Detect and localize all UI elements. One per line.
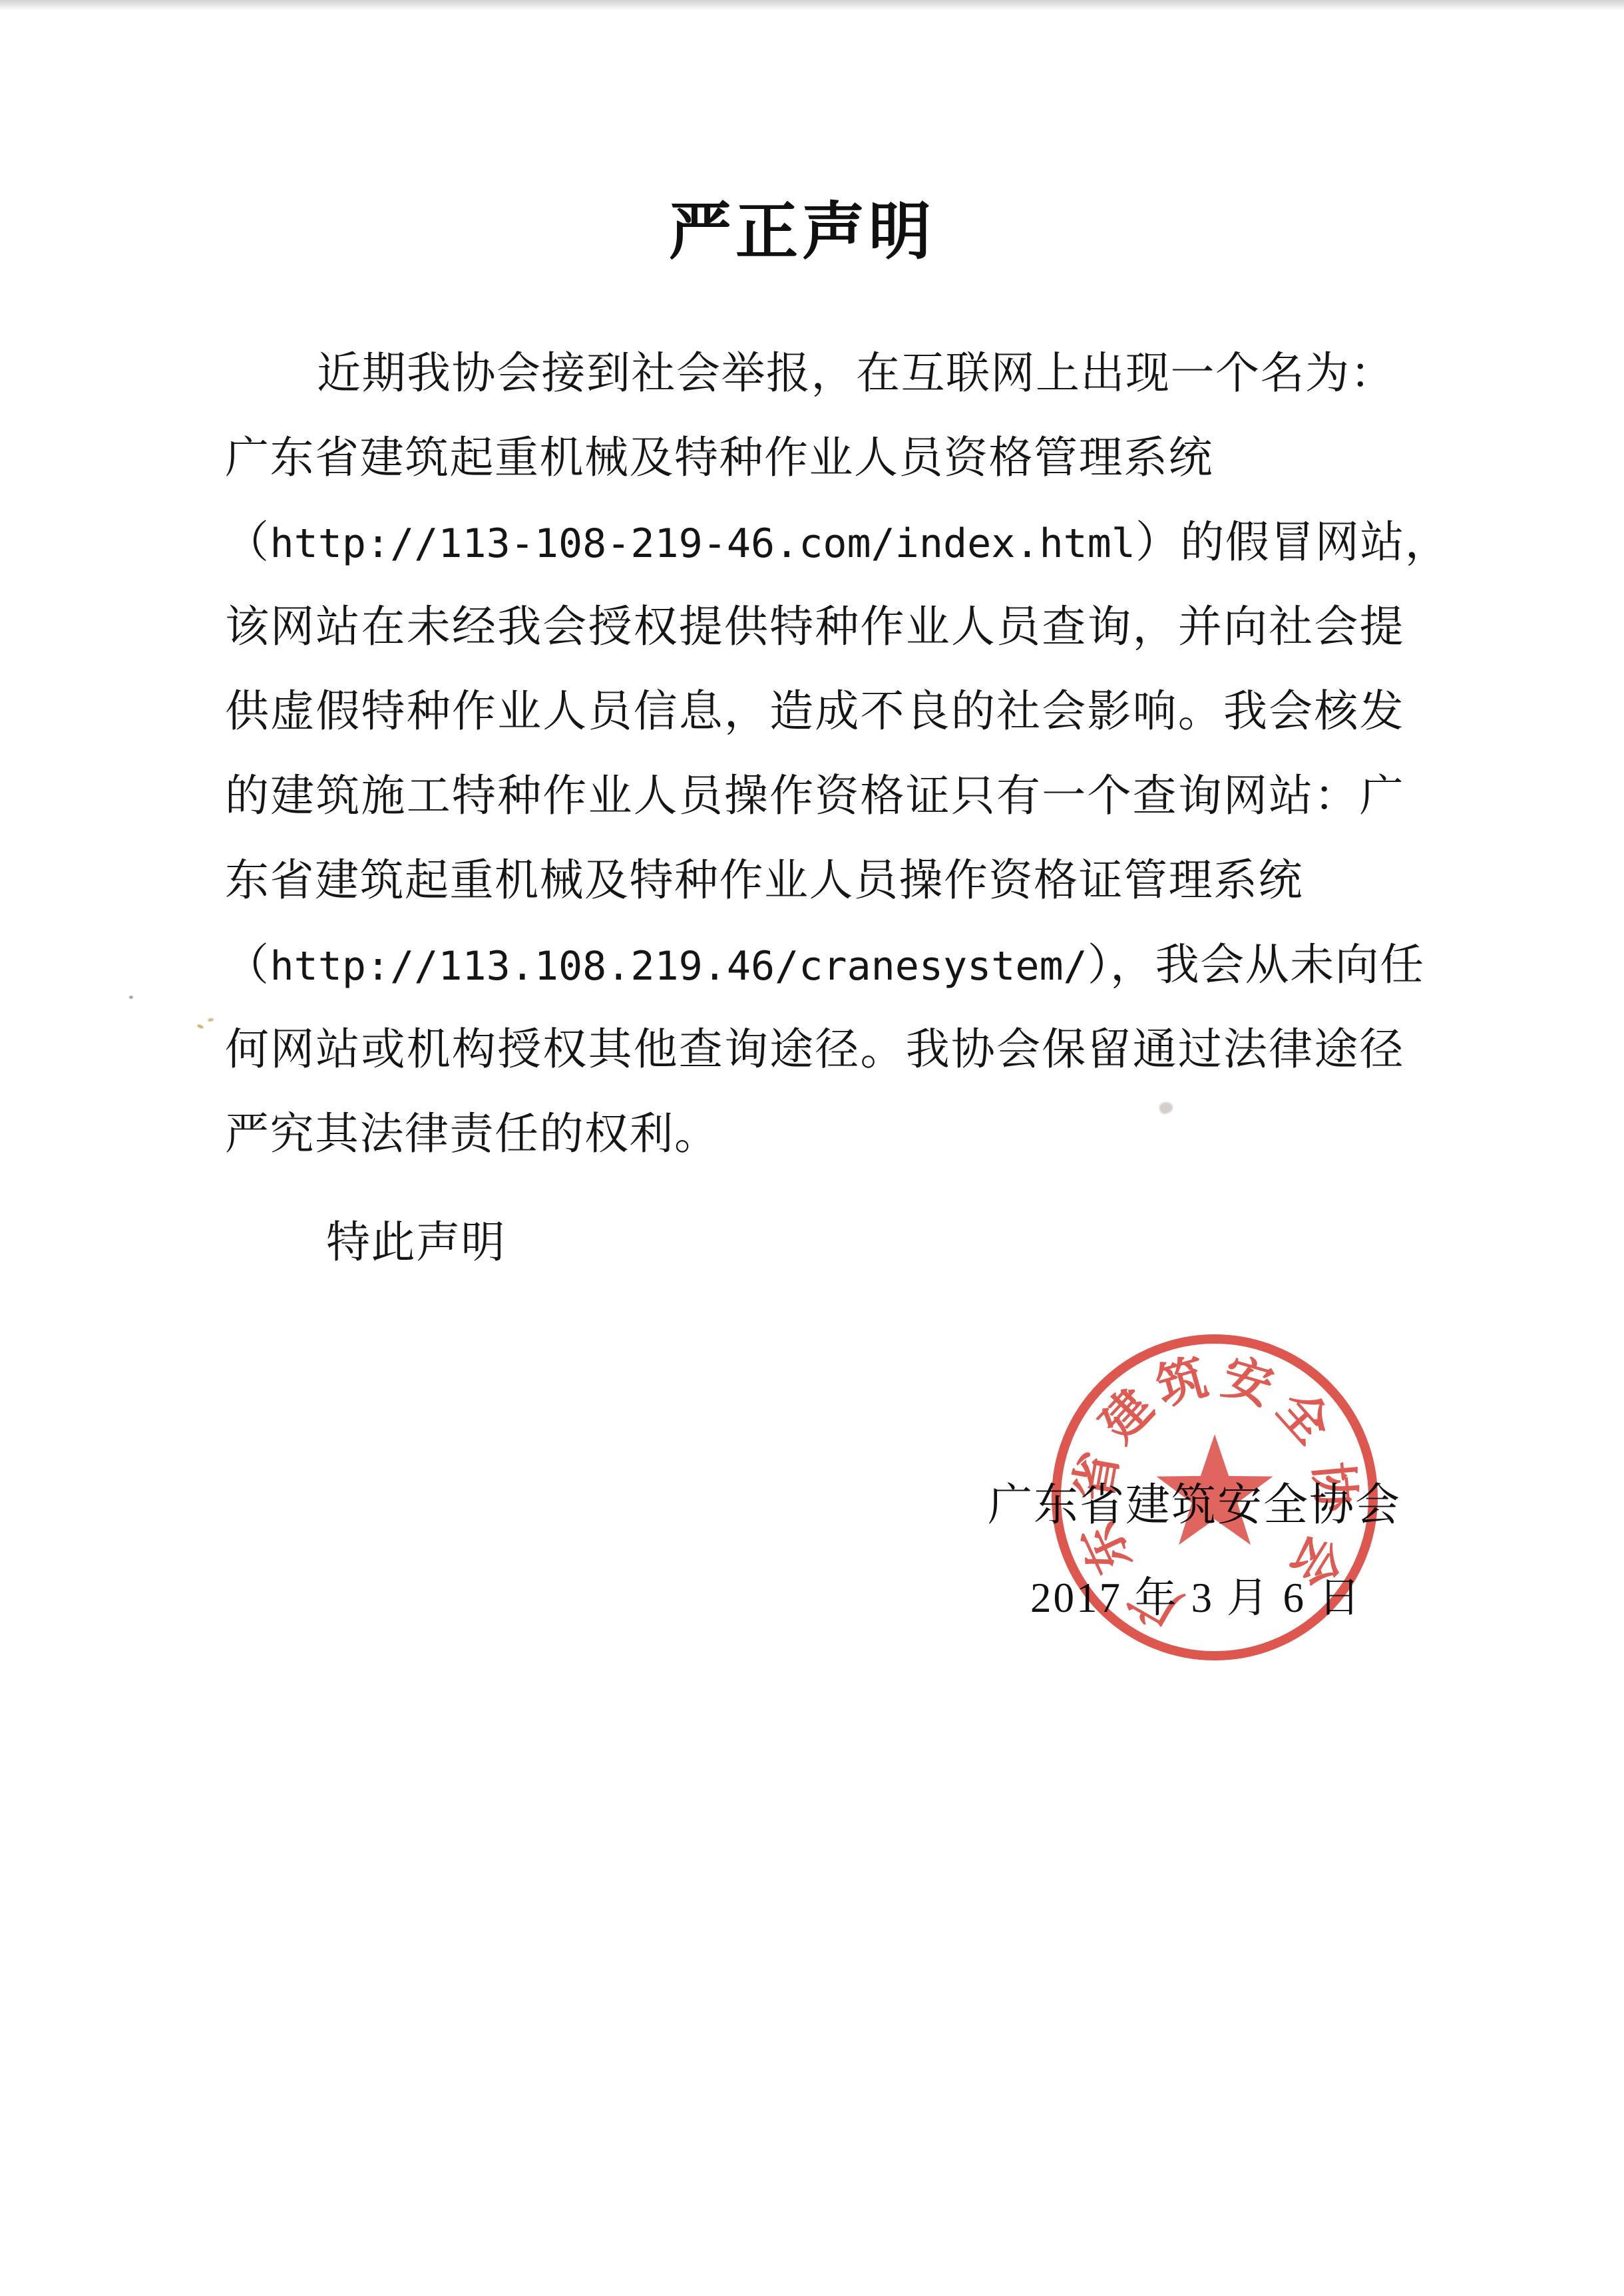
body-line-text: 该网站在未经我会授权提供特种作业人员查询，并向社会提 (225, 603, 1404, 652)
seal-char: 安 (1216, 1350, 1279, 1416)
body-line-text: 供虚假特种作业人员信息，造成不良的社会影响。我会核发 (225, 687, 1404, 736)
body-line-text: ），我会从未向任 (1088, 941, 1425, 990)
body-line-text: 广东省建筑起重机械及特种作业人员资格管理系统 (225, 434, 1213, 482)
closing-line: 特此声明 (225, 1201, 1404, 1285)
body-line: （http://113-108-219-46.com/index.html）的假… (225, 500, 1404, 585)
seal-char: 筑 (1151, 1350, 1213, 1416)
official-seal: 广 东 省 建 筑 安 全 协 会 (1045, 1328, 1384, 1667)
body-line: 该网站在未经我会授权提供特种作业人员查询，并向社会提 (225, 585, 1404, 670)
body-line-text: 近期我协会接到社会举报，在互联网上出现一个名为： (317, 349, 1395, 398)
page-title: 严正声明 (0, 181, 1604, 271)
seal-char: 协 (1304, 1460, 1362, 1516)
statement-body: 近期我协会接到社会举报，在互联网上出现一个名为： 广东省建筑起重机械及特种作业人… (225, 331, 1404, 1285)
scanned-statement-page: 严正声明 近期我协会接到社会举报，在互联网上出现一个名为： 广东省建筑起重机械及… (0, 0, 1624, 2296)
body-line-text: ）的假冒网站， (1135, 518, 1450, 567)
body-line-text: 何网站或机构授权其他查询途径。我协会保留通过法律途径 (225, 1026, 1404, 1074)
scan-speck-artifact (196, 1024, 204, 1030)
official-site-url: http://113.108.219.46/cranesystem/ (270, 943, 1088, 990)
body-line-text: 东省建筑起重机械及特种作业人员操作资格证管理系统 (225, 857, 1303, 905)
scan-dot-artifact (129, 996, 133, 999)
body-line: （http://113.108.219.46/cranesystem/），我会从… (225, 923, 1404, 1008)
paren-open: （ (225, 941, 270, 990)
body-line: 的建筑施工特种作业人员操作资格证只有一个查询网站：广 (225, 754, 1404, 839)
body-line: 何网站或机构授权其他查询途径。我协会保留通过法律途径 (225, 1008, 1404, 1092)
scan-edge-artifact (0, 0, 1624, 11)
scan-speck-artifact (208, 1018, 214, 1022)
star-icon (1157, 1434, 1273, 1545)
seal-char: 东 (1072, 1514, 1142, 1582)
body-line: 供虚假特种作业人员信息，造成不良的社会影响。我会核发 (225, 670, 1404, 754)
body-line: 严究其法律责任的权利。 (225, 1092, 1404, 1177)
paren-open: （ (225, 518, 270, 567)
body-line: 广东省建筑起重机械及特种作业人员资格管理系统 (225, 416, 1404, 500)
body-line-text: 严究其法律责任的权利。 (225, 1110, 719, 1159)
body-line: 东省建筑起重机械及特种作业人员操作资格证管理系统 (225, 839, 1404, 923)
body-line: 近期我协会接到社会举报，在互联网上出现一个名为： (225, 331, 1404, 416)
seal-char: 省 (1066, 1447, 1129, 1505)
closing-line-text: 特此声明 (326, 1219, 506, 1267)
seal-char: 广 (1120, 1565, 1190, 1636)
fake-site-url: http://113-108-219-46.com/index.html (270, 520, 1135, 567)
body-line-text: 的建筑施工特种作业人员操作资格证只有一个查询网站：广 (225, 772, 1404, 821)
